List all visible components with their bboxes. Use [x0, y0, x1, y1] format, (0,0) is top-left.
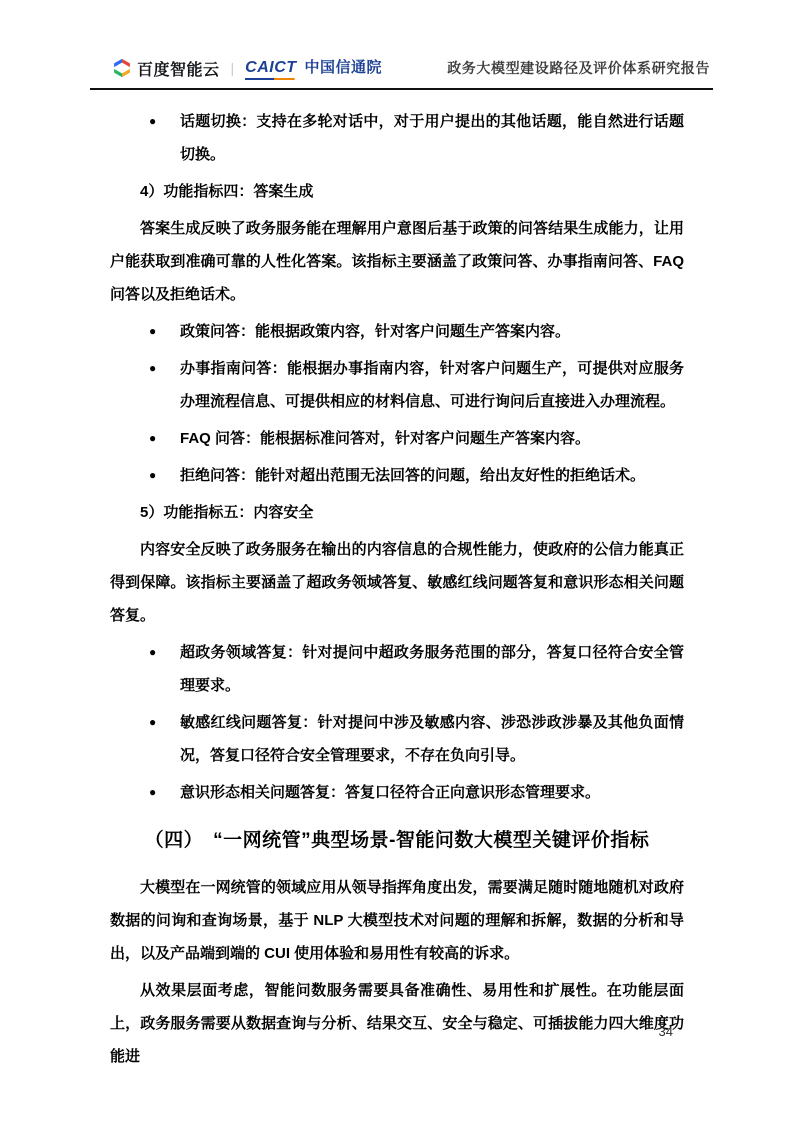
bullet-text: 拒绝问答：能针对超出范围无法回答的问题，给出友好性的拒绝话术。: [180, 467, 645, 484]
bullet-icon: ●: [149, 352, 156, 385]
bullet-icon: ●: [149, 105, 156, 138]
subsection-heading: 4）功能指标四：答案生成: [110, 175, 684, 208]
bullet-text: 话题切换：支持在多轮对话中，对于用户提出的其他话题，能自然进行话题切换。: [180, 113, 684, 163]
bullet-item: ● 话题切换：支持在多轮对话中，对于用户提出的其他话题，能自然进行话题切换。: [110, 105, 684, 171]
header-rule: [90, 88, 713, 90]
document-body: ● 话题切换：支持在多轮对话中，对于用户提出的其他话题，能自然进行话题切换。 4…: [110, 92, 684, 1077]
bullet-text: 办事指南问答：能根据办事指南内容，针对客户问题生产，可提供对应服务办理流程信息、…: [180, 360, 684, 410]
bullet-icon: ●: [149, 706, 156, 739]
page-header: 百度智能云 | CAICT 中国信通院 政务大模型建设路径及评价体系研究报告: [112, 52, 710, 84]
bullet-text: 敏感红线问题答复：针对提问中涉及敏感内容、涉恐涉政涉暴及其他负面情况，答复口径符…: [180, 714, 684, 764]
bullet-text: FAQ 问答：能根据标准问答对，针对客户问题生产答案内容。: [180, 430, 590, 447]
baidu-cloud-logo: 百度智能云: [112, 57, 220, 80]
caict-logo-cn: 中国信通院: [305, 56, 383, 77]
bullet-icon: ●: [149, 776, 156, 809]
paragraph: 从效果层面考虑，智能问数服务需要具备准确性、易用性和扩展性。在功能层面上，政务服…: [110, 974, 684, 1073]
logo-divider: |: [229, 60, 237, 76]
baidu-cloud-icon: [112, 58, 132, 78]
baidu-logo-text: 百度智能云: [137, 57, 220, 80]
paragraph: 内容安全反映了政务服务在输出的内容信息的合规性能力，使政府的公信力能真正得到保障…: [110, 533, 684, 632]
bullet-text: 意识形态相关问题答复：答复口径符合正向意识形态管理要求。: [180, 784, 600, 801]
bullet-icon: ●: [149, 315, 156, 348]
report-title: 政务大模型建设路径及评价体系研究报告: [447, 58, 710, 78]
document-page: 百度智能云 | CAICT 中国信通院 政务大模型建设路径及评价体系研究报告 ●…: [0, 0, 793, 1122]
bullet-item: ● 敏感红线问题答复：针对提问中涉及敏感内容、涉恐涉政涉暴及其他负面情况，答复口…: [110, 706, 684, 772]
bullet-item: ● 拒绝问答：能针对超出范围无法回答的问题，给出友好性的拒绝话术。: [110, 459, 684, 492]
bullet-item: ● 超政务领域答复：针对提问中超政务服务范围的部分，答复口径符合安全管理要求。: [110, 636, 684, 702]
bullet-icon: ●: [149, 422, 156, 455]
bullet-item: ● 意识形态相关问题答复：答复口径符合正向意识形态管理要求。: [110, 776, 684, 809]
caict-logo-en: CAICT: [245, 59, 298, 80]
caict-logo: CAICT 中国信通院: [245, 56, 382, 80]
paragraph: 大模型在一网统管的领域应用从领导指挥角度出发，需要满足随时随地随机对政府数据的问…: [110, 871, 684, 970]
section-heading: （四） “一网统管”典型场景-智能问数大模型关键评价指标: [110, 823, 684, 859]
bullet-icon: ●: [149, 636, 156, 669]
bullet-text: 超政务领域答复：针对提问中超政务服务范围的部分，答复口径符合安全管理要求。: [180, 644, 684, 694]
subsection-heading: 5）功能指标五：内容安全: [110, 496, 684, 529]
paragraph: 答案生成反映了政务服务能在理解用户意图后基于政策的问答结果生成能力，让用户能获取…: [110, 212, 684, 311]
header-logos: 百度智能云 | CAICT 中国信通院: [112, 56, 382, 80]
bullet-item: ● 办事指南问答：能根据办事指南内容，针对客户问题生产，可提供对应服务办理流程信…: [110, 352, 684, 418]
bullet-text: 政策问答：能根据政策内容，针对客户问题生产答案内容。: [180, 323, 570, 340]
bullet-icon: ●: [149, 459, 156, 492]
page-number: 34: [659, 1022, 673, 1042]
bullet-item: ● FAQ 问答：能根据标准问答对，针对客户问题生产答案内容。: [110, 422, 684, 455]
bullet-item: ● 政策问答：能根据政策内容，针对客户问题生产答案内容。: [110, 315, 684, 348]
